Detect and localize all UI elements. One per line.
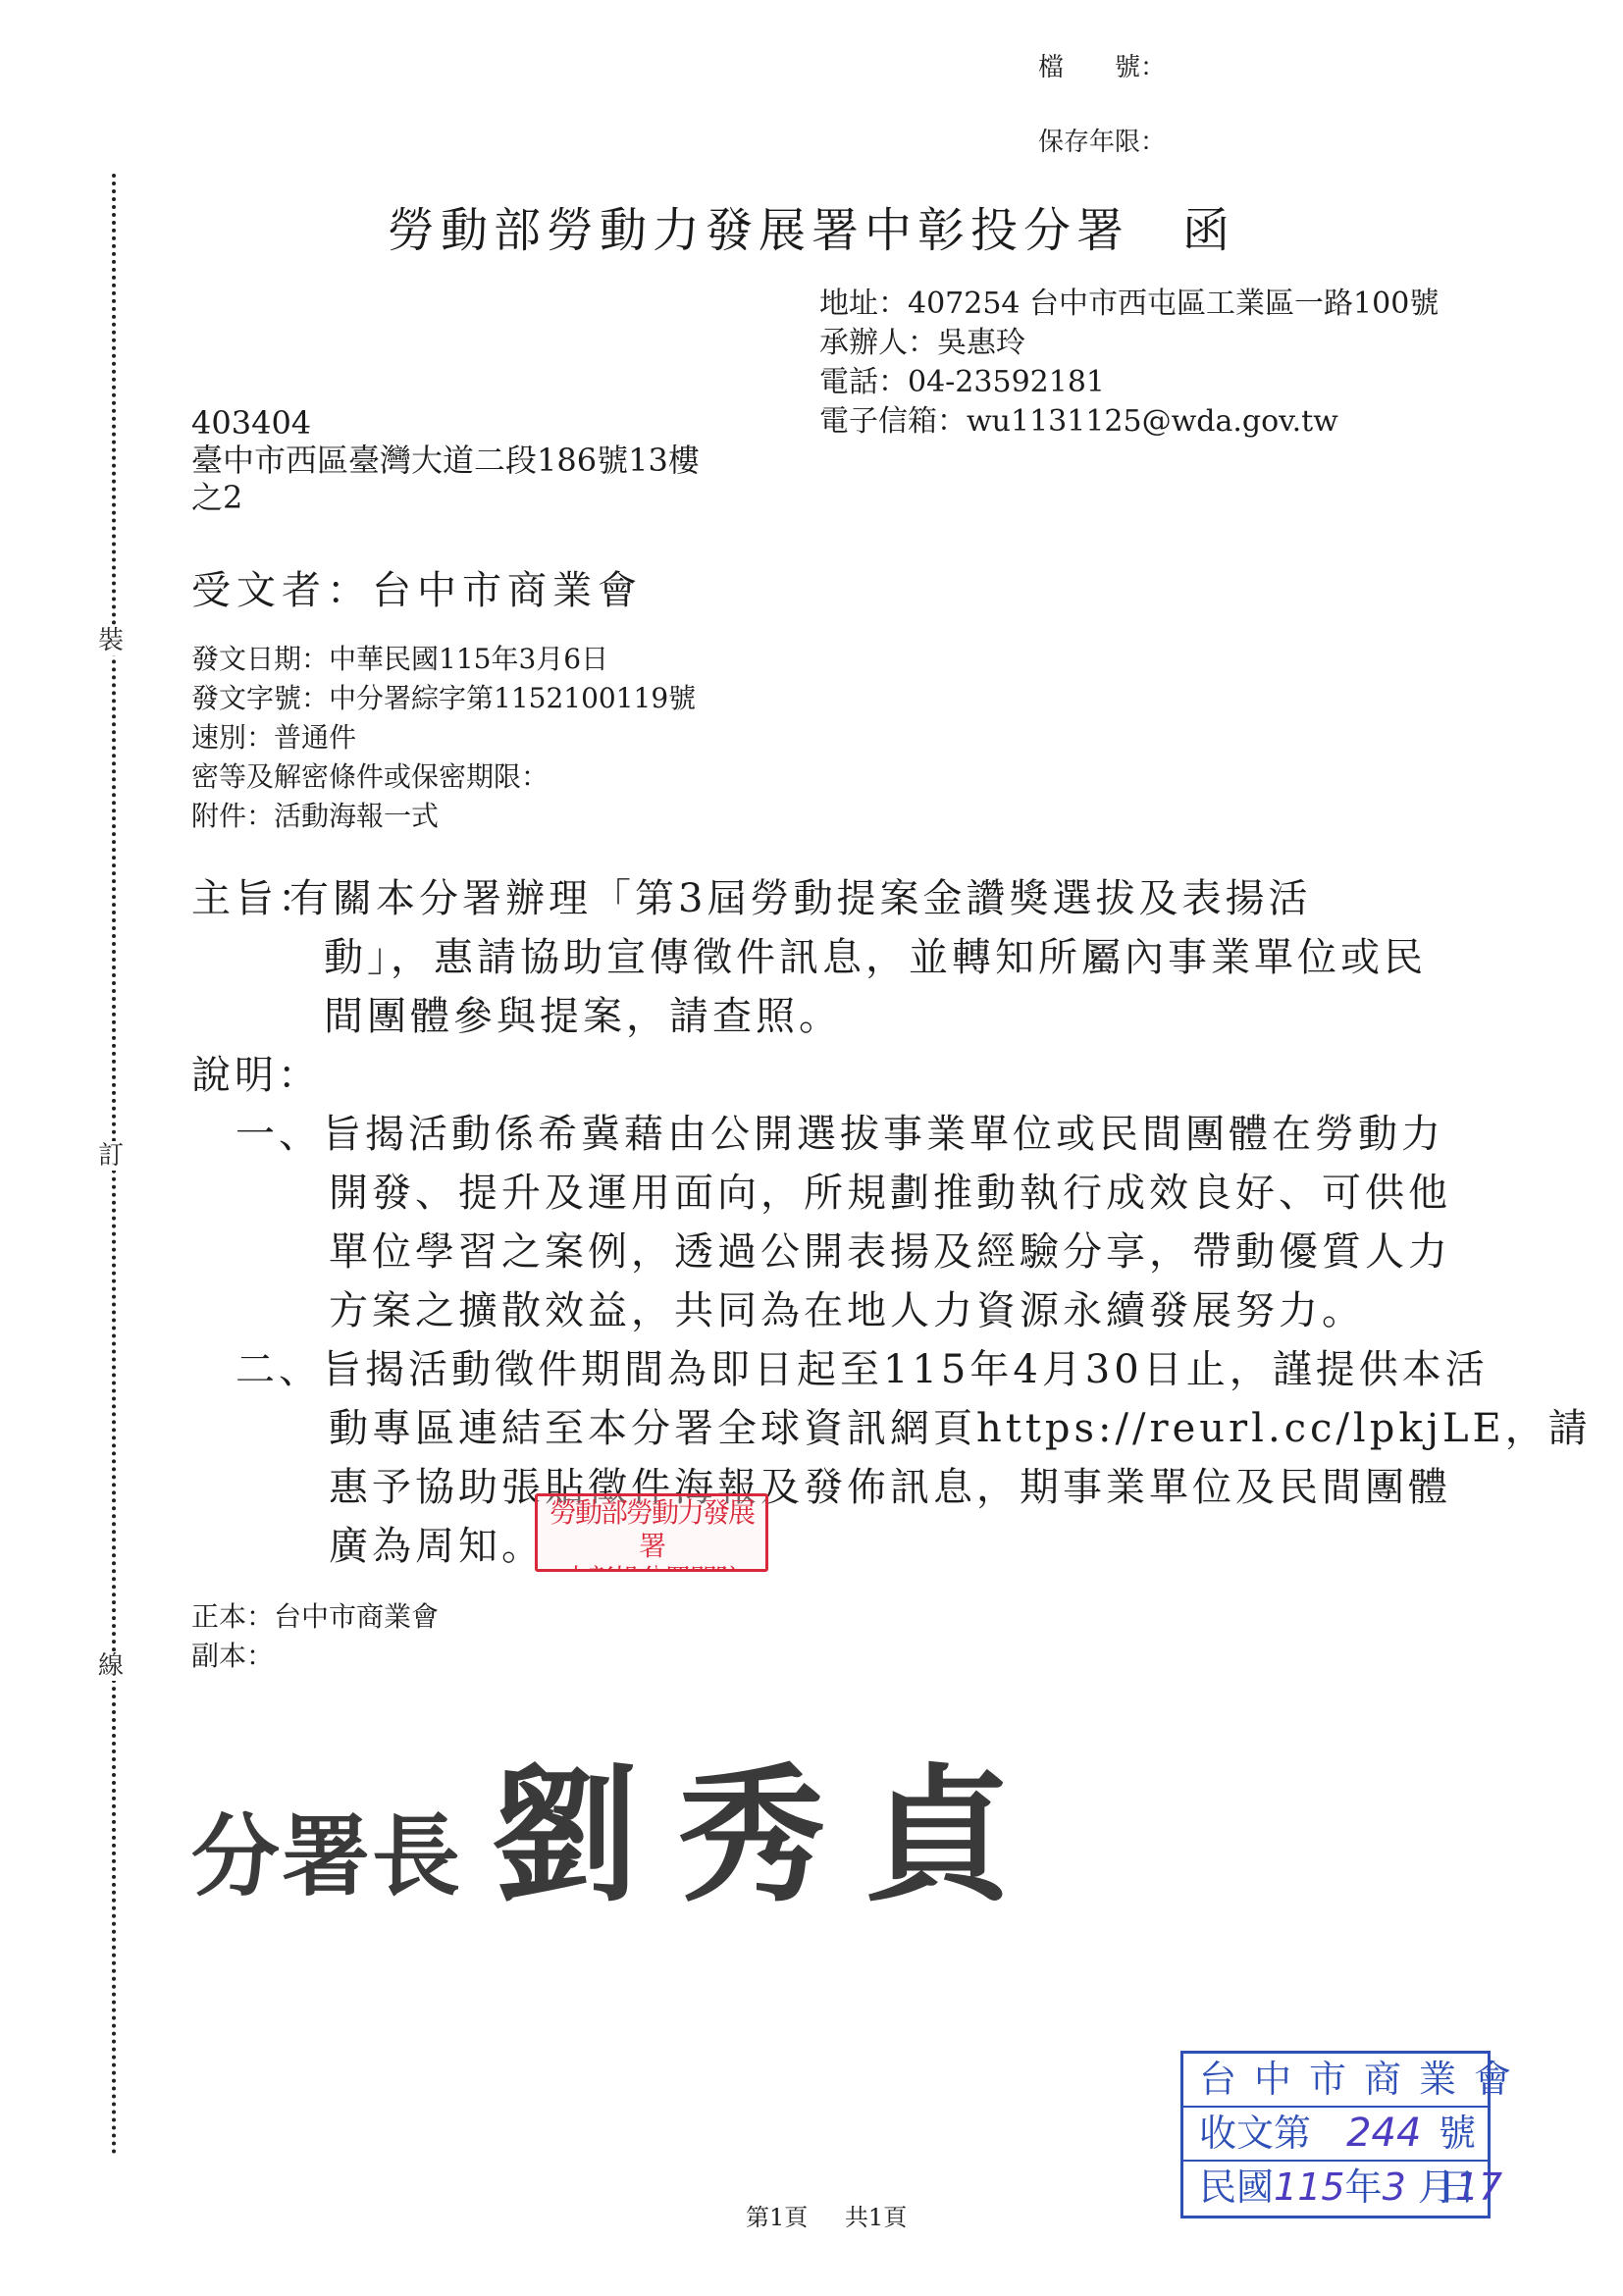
binding-char-ding: 訂 xyxy=(98,1141,124,1171)
item-line: 單位學習之案例，透過公開表揚及經驗分享，帶動優質人力 xyxy=(236,1223,1451,1281)
seal-line-1: 勞動部勞動力發展署 xyxy=(538,1496,765,1563)
stamp-receipt-prefix: 收文第 xyxy=(1199,2112,1311,2155)
item-marker: 二、 xyxy=(236,1347,322,1392)
recipient-address-line1: 臺中市西區臺灣大道二段186號13樓 xyxy=(191,442,700,479)
copies-section: 正本：台中市商業會 副本： xyxy=(191,1597,439,1676)
subject-line: 間團體參與提案，請查照。 xyxy=(191,987,1427,1046)
subject-line: 有關本分署辦理「第3屆勞動提案金讚獎選拔及表揚活 xyxy=(289,876,1311,921)
sender-phone: 電話：04-23592181 xyxy=(819,363,1439,402)
security-level: 密等及解密條件或保密期限： xyxy=(191,757,696,797)
retention-label: 保存年限： xyxy=(1038,122,1166,158)
sender-address: 地址：407254 台中市西屯區工業區一路100號 xyxy=(819,285,1439,324)
stamp-date-row: 民國115年3 月17 日 xyxy=(1183,2162,1488,2214)
item-line: 廣為周知。 xyxy=(236,1517,1592,1576)
binding-char-xian: 線 xyxy=(98,1651,124,1681)
stamp-month: 3 xyxy=(1383,2166,1406,2209)
explanation-label: 說明： xyxy=(191,1046,321,1105)
sender-handler: 承辦人：吳惠玲 xyxy=(819,324,1439,363)
stamp-org: 台中市商業會 xyxy=(1183,2054,1488,2108)
recipient-address: 403404 臺中市西區臺灣大道二段186號13樓 之2 xyxy=(191,404,700,516)
recipient: 受文者：台中市商業會 xyxy=(191,559,643,615)
seal-line-2: 中彰投分署關防 xyxy=(538,1563,765,1572)
stamp-date-prefix: 民國 xyxy=(1199,2166,1274,2209)
page-footer: 第1頁 共1頁 xyxy=(746,2198,907,2232)
signature: 分署長劉秀貞 xyxy=(191,1717,1051,1929)
sender-email: 電子信箱：wu1131125@wda.gov.tw xyxy=(819,402,1439,442)
subject-line: 動」，惠請協助宣傳徵件訊息，並轉知所屬內事業單位或民 xyxy=(191,928,1427,987)
stamp-receipt-number: 244 xyxy=(1346,2111,1421,2156)
delivery-speed: 速別：普通件 xyxy=(191,718,696,757)
item-line: 旨揭活動係希冀藉由公開選拔事業單位或民間團體在勞動力 xyxy=(322,1112,1444,1157)
subject-label: 主旨： xyxy=(191,869,289,928)
signature-name: 劉秀貞 xyxy=(492,1751,1051,1922)
item-line: 方案之擴散效益，共同為在地人力資源永續發展努力。 xyxy=(236,1281,1451,1340)
copy-recipient: 副本： xyxy=(191,1637,439,1676)
page-number: 第1頁 xyxy=(746,2204,808,2231)
stamp-day-label: 日 xyxy=(1439,2162,1476,2214)
explanation-item-1: 一、旨揭活動係希冀藉由公開選拔事業單位或民間團體在勞動力 開發、提升及運用面向，… xyxy=(236,1105,1451,1340)
sender-contact: 地址：407254 台中市西屯區工業區一路100號 承辦人：吳惠玲 電話：04-… xyxy=(819,285,1439,442)
stamp-receipt-number-row: 收文第 244 號 xyxy=(1183,2108,1488,2162)
recipient-postal-code: 403404 xyxy=(191,404,700,442)
item-line-with-link: 動專區連結至本分署全球資訊網頁https://reurl.cc/lpkjLE，請 xyxy=(236,1399,1592,1458)
issue-date: 發文日期：中華民國115年3月6日 xyxy=(191,640,696,679)
document-meta: 發文日期：中華民國115年3月6日 發文字號：中分署綜字第1152100119號… xyxy=(191,640,696,836)
item-line: 旨揭活動徵件期間為即日起至115年4月30日止，謹提供本活 xyxy=(322,1347,1489,1392)
page-total: 共1頁 xyxy=(845,2204,907,2231)
file-number-label: 檔 號： xyxy=(1038,47,1166,83)
document-number: 發文字號：中分署綜字第1152100119號 xyxy=(191,679,696,718)
signature-title: 分署長 xyxy=(191,1805,462,1908)
official-seal: 勞動部勞動力發展署 中彰投分署關防 xyxy=(535,1493,768,1572)
original-recipient: 正本：台中市商業會 xyxy=(191,1597,439,1637)
subject-section: 主旨：有關本分署辦理「第3屆勞動提案金讚獎選拔及表揚活 動」，惠請協助宣傳徵件訊… xyxy=(191,869,1427,1046)
attachment: 附件：活動海報一式 xyxy=(191,797,696,836)
explanation-item-2: 二、旨揭活動徵件期間為即日起至115年4月30日止，謹提供本活 動專區連結至本分… xyxy=(236,1340,1592,1576)
stamp-year: 115 xyxy=(1274,2166,1345,2209)
item-line: 開發、提升及運用面向，所規劃推動執行成效良好、可供他 xyxy=(236,1164,1451,1223)
document-title: 勞動部勞動力發展署中彰投分署 函 xyxy=(388,192,1235,260)
recipient-address-line2: 之2 xyxy=(191,479,700,516)
item-marker: 一、 xyxy=(236,1112,322,1157)
stamp-receipt-suffix: 號 xyxy=(1439,2108,1476,2160)
item-line: 惠予協助張貼徵件海報及發佈訊息，期事業單位及民間團體 xyxy=(236,1458,1592,1517)
receipt-stamp: 台中市商業會 收文第 244 號 民國115年3 月17 日 xyxy=(1180,2051,1491,2218)
stamp-year-label: 年 xyxy=(1345,2166,1383,2209)
binding-char-zhuang: 裝 xyxy=(98,626,124,655)
